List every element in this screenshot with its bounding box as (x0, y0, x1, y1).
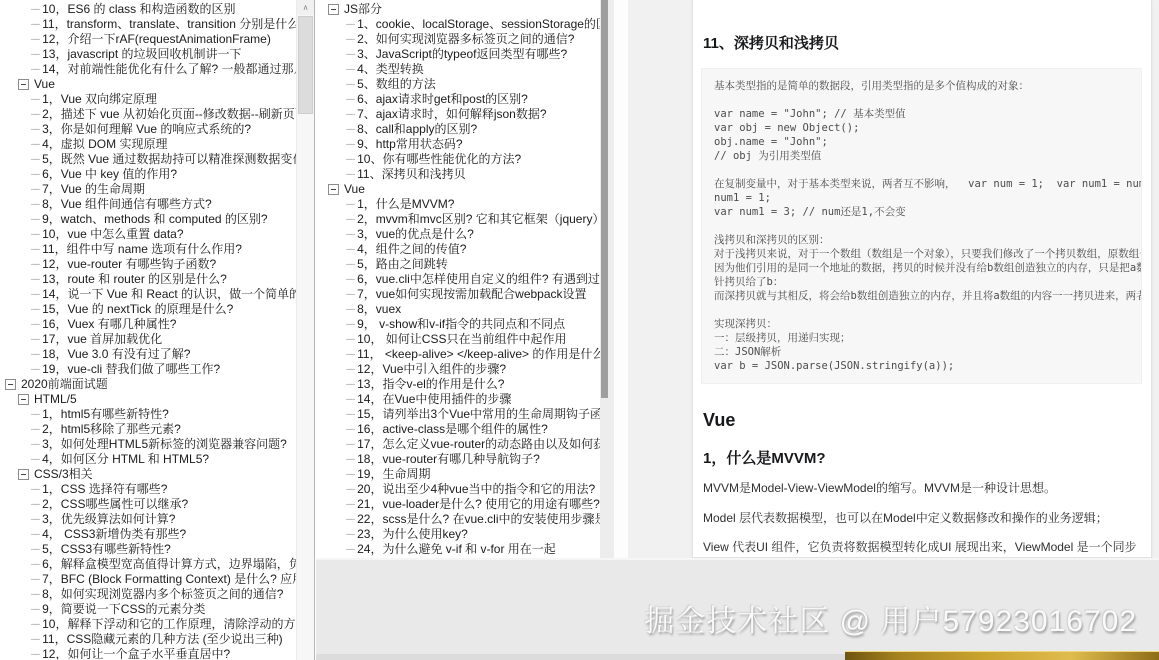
left-outline-panel: 10，ES6 的 class 和构造函数的区别 11，transform、tra… (0, 0, 296, 660)
tree-connector-icon (31, 257, 38, 272)
tree-item[interactable]: 3，你是如何理解 Vue 的响应式系统的? (0, 122, 296, 137)
tree-item[interactable]: 5，CSS3有哪些新特性? (0, 542, 296, 557)
tree-connector-icon (346, 257, 353, 272)
tree-item[interactable]: 24，为什么避免 v-if 和 v-for 用在一起 (316, 542, 618, 557)
tree-item[interactable]: 4，如何区分 HTML 和 HTML5? (0, 452, 296, 467)
tree-connector-icon (346, 197, 353, 212)
tree-connector-icon (346, 227, 353, 242)
tree-item-label: 2，html5移除了那些元素? (42, 422, 181, 437)
tree-item-label: 5，CSS3有哪些新特性? (42, 542, 171, 557)
tree-connector-icon (31, 212, 38, 227)
tree-item[interactable]: 13，route 和 router 的区别是什么? (0, 272, 296, 287)
tree-item-label: 4， CSS3新增伪类有那些? (42, 527, 186, 542)
tree-connector-icon (31, 47, 38, 62)
tree-connector-icon (346, 47, 353, 62)
tree-item-label: CSS/3相关 (34, 467, 93, 482)
tree-item-label: 10， 如何让CSS只在当前组件中起作用 (357, 332, 566, 347)
tree-connector-icon (346, 107, 353, 122)
tree-connector-icon (346, 272, 353, 287)
collapse-toggle-icon[interactable] (328, 184, 339, 195)
scroll-up-arrow-icon[interactable]: ∧ (297, 0, 314, 15)
tree-item-label: 12，vue-router 有哪些钩子函数? (42, 257, 216, 272)
code-quote-block: 基本类型指的是简单的数据段，引用类型指的是多个值构成的对象： var name … (701, 68, 1142, 384)
tree-connector-icon (31, 587, 38, 602)
vue-section-heading: Vue (703, 410, 1142, 431)
tree-item-label: 18，vue-router有哪几种导航钩子? (357, 452, 540, 467)
tree-connector-icon (346, 392, 353, 407)
tree-item[interactable]: 11，CSS隐藏元素的几种方法 (至少说出三种) (0, 632, 296, 647)
tree-item-label: 13，route 和 router 的区别是什么? (42, 272, 227, 287)
tree-item[interactable]: 18，Vue 3.0 有没有过了解? (0, 347, 296, 362)
collapse-toggle-icon[interactable] (5, 379, 16, 390)
tree-item-label: 4、类型转换 (357, 62, 424, 77)
app-window: 10，ES6 的 class 和构造函数的区别 11，transform、tra… (0, 0, 1159, 660)
tree-item[interactable]: 7，vue如何实现按需加载配合webpack设置 (316, 287, 618, 302)
tree-item-label: 14，在Vue中使用插件的步骤 (357, 392, 511, 407)
tree-item[interactable]: 6，解释盒模型宽高值得计算方式，边界塌陷，负值作用，box- (0, 557, 296, 572)
tree-item[interactable]: 9，watch、methods 和 computed 的区别? (0, 212, 296, 227)
tree-item-label: 15，Vue 的 nextTick 的原理是什么? (42, 302, 233, 317)
tree-connector-icon (31, 602, 38, 617)
tree-item[interactable]: 2，描述下 vue 从初始化页面--修改数据--刷新页面 UI 的过程? (0, 107, 296, 122)
tree-item[interactable]: 10， 如何让CSS只在当前组件中起作用 (316, 332, 618, 347)
tree-connector-icon (31, 632, 38, 647)
tree-connector-icon (346, 512, 353, 527)
tree-connector-icon (346, 152, 353, 167)
tree-item[interactable]: 3，如何处理HTML5新标签的浏览器兼容问题? (0, 437, 296, 452)
tree-item[interactable]: 8，Vue 组件间通信有哪些方式? (0, 197, 296, 212)
tree-connector-icon (346, 407, 353, 422)
tree-connector-icon (346, 17, 353, 32)
tree-item[interactable]: 3，优先级算法如何计算? (0, 512, 296, 527)
tree-item-label: 6，Vue 中 key 值的作用? (42, 167, 177, 182)
tree-item[interactable]: 1，CSS 选择符有哪些? (0, 482, 296, 497)
tree-connector-icon (31, 512, 38, 527)
bottom-empty-area: 掘金技术社区 @ 用户57923016702 (316, 558, 1159, 660)
tree-item-label: 1，html5有哪些新特性? (42, 407, 169, 422)
tree-item[interactable]: 14，说一下 Vue 和 React 的认识，做一个简单的对比 (0, 287, 296, 302)
tree-item[interactable]: 15，Vue 的 nextTick 的原理是什么? (0, 302, 296, 317)
tree-item-label: 13，指令v-el的作用是什么? (357, 377, 504, 392)
tree-item-label: 3，vue的优点是什么? (357, 227, 474, 242)
tree-connector-icon (346, 287, 353, 302)
tree-connector-icon (346, 422, 353, 437)
mvvm-question-heading: 1，什么是MVVM? (703, 447, 1142, 468)
tree-item[interactable]: 13，javascript 的垃圾回收机制讲一下 (0, 47, 296, 62)
tree-item[interactable]: 18，vue-router有哪几种导航钩子? (316, 452, 618, 467)
tree-connector-icon (346, 542, 353, 557)
tree-item[interactable]: 17，vue 首屏加载优化 (0, 332, 296, 347)
tree-connector-icon (31, 167, 38, 182)
tree-item[interactable]: 6，Vue 中 key 值的作用? (0, 167, 296, 182)
tree-item[interactable]: JS部分 (316, 2, 618, 17)
tree-connector-icon (346, 482, 353, 497)
tree-connector-icon (31, 17, 38, 32)
tree-item-label: 11，CSS隐藏元素的几种方法 (至少说出三种) (42, 632, 282, 647)
tree-connector-icon (346, 122, 353, 137)
collapse-toggle-icon[interactable] (18, 469, 29, 480)
tree-item-label: 3、JavaScript的typeof返回类型有哪些? (357, 47, 567, 62)
left-panel-scrollbar[interactable]: ∧ (296, 0, 314, 660)
tree-connector-icon (346, 377, 353, 392)
tree-item-label: 11，transform、translate、transition 分别是什么属… (42, 17, 296, 32)
panel-divider (314, 0, 315, 660)
tree-connector-icon (31, 482, 38, 497)
tree-item[interactable]: 8，vuex (316, 302, 618, 317)
tree-item[interactable]: 2，mvvm和mvc区别? 它和其它框架（jquery）的区别是什么? (316, 212, 618, 227)
middle-outline-panel: JS部分 1、cookie、localStorage、sessionStorag… (316, 0, 618, 560)
tree-item[interactable]: 10、你有哪些性能优化的方法? (316, 152, 618, 167)
tree-item[interactable]: 10，ES6 的 class 和构造函数的区别 (0, 2, 296, 17)
tree-item[interactable]: 4、类型转换 (316, 62, 618, 77)
tree-item-label: 24，为什么避免 v-if 和 v-for 用在一起 (357, 542, 556, 557)
tree-connector-icon (346, 497, 353, 512)
tree-connector-icon (31, 527, 38, 542)
tree-item-label: 10，vue 中怎么重置 data? (42, 227, 183, 242)
tree-item[interactable]: 14，对前端性能优化有什么了解? 一般都通过那几个方面去优化 (0, 62, 296, 77)
tree-item[interactable]: 2、如何实现浏览器多标签页之间的通信? (316, 32, 618, 47)
tree-item[interactable]: 3，vue的优点是什么? (316, 227, 618, 242)
tree-item-label: 6，解释盒模型宽高值得计算方式，边界塌陷，负值作用，box- (42, 557, 296, 572)
tree-connector-icon (31, 332, 38, 347)
panel-gap (614, 0, 628, 558)
tree-connector-icon (31, 452, 38, 467)
tree-item-label: 3，优先级算法如何计算? (42, 512, 175, 527)
tree-item-label: 11， <keep-alive> </keep-alive> 的作用是什么? (357, 347, 611, 362)
tree-item[interactable]: 7，BFC (Block Formatting Context) 是什么? 应用… (0, 572, 296, 587)
tree-connector-icon (31, 542, 38, 557)
tree-item-label: HTML/5 (34, 392, 77, 407)
tree-item-label: 9，简要说一下CSS的元素分类 (42, 602, 205, 617)
tree-connector-icon (31, 152, 38, 167)
tree-item-label: 5、数组的方法 (357, 77, 436, 92)
middle-scrollbar-thumb[interactable] (601, 0, 608, 398)
deep-copy-heading: 11、深拷贝和浅拷贝 (703, 32, 1142, 53)
tree-connector-icon (31, 422, 38, 437)
gold-progress-bar (845, 651, 1159, 660)
tree-connector-icon (31, 617, 38, 632)
tree-item-label: 4，组件之间的传值? (357, 242, 466, 257)
document-preview-panel: 11、深拷贝和浅拷贝 基本类型指的是简单的数据段，引用类型指的是多个值构成的对象… (628, 0, 1159, 558)
tree-connector-icon (31, 272, 38, 287)
tree-connector-icon (31, 302, 38, 317)
collapse-toggle-icon[interactable] (18, 394, 29, 405)
tree-item[interactable]: CSS/3相关 (0, 467, 296, 482)
tree-item-label: 11，组件中写 name 选项有什么作用? (42, 242, 242, 257)
tree-item[interactable]: Vue (316, 182, 618, 197)
tree-item[interactable]: 7、ajax请求时，如何解释json数据? (316, 107, 618, 122)
tree-item-label: 1，Vue 双向绑定原理 (42, 92, 157, 107)
tree-item-label: 17，怎么定义vue-router的动态路由以及如何获取传过来的动态 (357, 437, 618, 452)
tree-item-label: 12，如何让一个盒子水平垂直居中? (42, 647, 230, 660)
tree-item-label: 2、如何实现浏览器多标签页之间的通信? (357, 32, 574, 47)
tree-item-label: 14，对前端性能优化有什么了解? 一般都通过那几个方面去优化 (42, 62, 296, 77)
tree-item[interactable]: 2020前端面试题 (0, 377, 296, 392)
tree-item-label: JS部分 (344, 2, 382, 17)
document-page: 11、深拷贝和浅拷贝 基本类型指的是简单的数据段，引用类型指的是多个值构成的对象… (692, 0, 1152, 558)
tree-item[interactable]: 1，什么是MVVM? (316, 197, 618, 212)
tree-item[interactable]: 2，html5移除了那些元素? (0, 422, 296, 437)
tree-item[interactable]: 19，生命周期 (316, 467, 618, 482)
tree-item-label: 5，既然 Vue 通过数据劫持可以精准探测数据变化,为什么还需 (42, 152, 296, 167)
tree-item[interactable]: 5，路由之间跳转 (316, 257, 618, 272)
tree-connector-icon (346, 302, 353, 317)
tree-item-label: 1，什么是MVVM? (357, 197, 454, 212)
tree-item-label: 4，如何区分 HTML 和 HTML5? (42, 452, 209, 467)
tree-item[interactable]: 9、http常用状态码? (316, 137, 618, 152)
tree-connector-icon (346, 467, 353, 482)
tree-item[interactable]: 11， <keep-alive> </keep-alive> 的作用是什么? (316, 347, 618, 362)
tree-item[interactable]: 11，transform、translate、transition 分别是什么属… (0, 17, 296, 32)
bottom-edge-strip (316, 654, 845, 660)
tree-connector-icon (31, 122, 38, 137)
tree-item-label: 10，ES6 的 class 和构造函数的区别 (42, 2, 235, 17)
paragraph: MVVM是Model-View-ViewModel的缩写。MVVM是一种设计思想… (703, 479, 1142, 498)
tree-connector-icon (31, 92, 38, 107)
tree-item[interactable]: 11、深拷贝和浅拷贝 (316, 167, 618, 182)
tree-connector-icon (346, 437, 353, 452)
tree-item-label: Vue (34, 77, 55, 92)
tree-item-label: 8，Vue 组件间通信有哪些方式? (42, 197, 212, 212)
tree-item-label: 14，说一下 Vue 和 React 的认识，做一个简单的对比 (42, 287, 296, 302)
tree-connector-icon (31, 227, 38, 242)
tree-connector-icon (346, 212, 353, 227)
tree-item-label: 15，请列举出3个Vue中常用的生命周期钩子函数 (357, 407, 614, 422)
tree-item[interactable]: 20，说出至少4种vue当中的指令和它的用法? (316, 482, 618, 497)
tree-item[interactable]: 12，介绍一下rAF(requestAnimationFrame) (0, 32, 296, 47)
tree-connector-icon (346, 332, 353, 347)
tree-connector-icon (31, 497, 38, 512)
tree-item[interactable]: 4，虚拟 DOM 实现原理 (0, 137, 296, 152)
tree-item-label: 8，vuex (357, 302, 401, 317)
tree-item-label: 2020前端面试题 (21, 377, 108, 392)
tree-connector-icon (346, 167, 353, 182)
tree-connector-icon (31, 242, 38, 257)
tree-item[interactable]: 22，scss是什么? 在vue.cli中的安装使用步骤是? 有哪几大特性 (316, 512, 618, 527)
tree-item-label: 3，如何处理HTML5新标签的浏览器兼容问题? (42, 437, 287, 452)
tree-connector-icon (31, 647, 38, 660)
tree-item[interactable]: 2，CSS哪些属性可以继承? (0, 497, 296, 512)
tree-item-label: 6，vue.cli中怎样使用自定义的组件? 有遇到过哪些问题吗? (357, 272, 618, 287)
tree-item[interactable]: 12，如何让一个盒子水平垂直居中? (0, 647, 296, 660)
tree-item[interactable]: 10，vue 中怎么重置 data? (0, 227, 296, 242)
tree-connector-icon (31, 572, 38, 587)
tree-item-label: 19，vue-cli 替我们做了哪些工作? (42, 362, 220, 377)
tree-item[interactable]: 12，Vue中引入组件的步骤? (316, 362, 618, 377)
tree-item[interactable]: 9，简要说一下CSS的元素分类 (0, 602, 296, 617)
tree-item[interactable]: 8，如何实现浏览器内多个标签页之间的通信? (0, 587, 296, 602)
tree-connector-icon (31, 182, 38, 197)
tree-item-label: 7，Vue 的生命周期 (42, 182, 145, 197)
tree-connector-icon (31, 107, 38, 122)
tree-item-label: 7，BFC (Block Formatting Context) 是什么? 应用… (42, 572, 296, 587)
tree-connector-icon (346, 347, 353, 362)
tree-connector-icon (346, 527, 353, 542)
tree-connector-icon (31, 197, 38, 212)
tree-connector-icon (346, 137, 353, 152)
paragraph: Model 层代表数据模型，也可以在Model中定义数据修改和操作的业务逻辑； (703, 509, 1142, 528)
tree-item[interactable]: 19，vue-cli 替我们做了哪些工作? (0, 362, 296, 377)
tree-item-label: 1、cookie、localStorage、sessionStorage的区别和… (357, 17, 618, 32)
tree-item[interactable]: 1，html5有哪些新特性? (0, 407, 296, 422)
tree-item-label: 2，描述下 vue 从初始化页面--修改数据--刷新页面 UI 的过程? (42, 107, 296, 122)
collapse-toggle-icon[interactable] (328, 4, 339, 15)
tree-connector-icon (31, 2, 38, 17)
paragraph: View 代表UI 组件，它负责将数据模型转化成UI 展现出来，ViewMode… (703, 538, 1142, 558)
tree-item-label: 9， v-show和v-if指令的共同点和不同点 (357, 317, 565, 332)
tree-item-label: 8、call和apply的区别? (357, 122, 477, 137)
tree-item[interactable]: 9， v-show和v-if指令的共同点和不同点 (316, 317, 618, 332)
tree-connector-icon (31, 437, 38, 452)
tree-item-label: 13，javascript 的垃圾回收机制讲一下 (42, 47, 241, 62)
tree-item[interactable]: 5、数组的方法 (316, 77, 618, 92)
tree-item[interactable]: 6、ajax请求时get和post的区别? (316, 92, 618, 107)
tree-item-label: 17，vue 首屏加载优化 (42, 332, 162, 347)
tree-item-label: 10、你有哪些性能优化的方法? (357, 152, 521, 167)
tree-connector-icon (31, 347, 38, 362)
tree-item[interactable]: 7，Vue 的生命周期 (0, 182, 296, 197)
tree-item[interactable]: 4，组件之间的传值? (316, 242, 618, 257)
tree-connector-icon (346, 92, 353, 107)
tree-item-label: 3，你是如何理解 Vue 的响应式系统的? (42, 122, 251, 137)
tree-item[interactable]: 11，组件中写 name 选项有什么作用? (0, 242, 296, 257)
tree-connector-icon (346, 62, 353, 77)
tree-item-label: Vue (344, 182, 365, 197)
tree-item-label: 23，为什么使用key? (357, 527, 468, 542)
tree-item[interactable]: 8、call和apply的区别? (316, 122, 618, 137)
tree-item-label: 10，解释下浮动和它的工作原理，清除浮动的方法? (42, 617, 296, 632)
tree-item-label: 2，CSS哪些属性可以继承? (42, 497, 188, 512)
tree-item[interactable]: 23，为什么使用key? (316, 527, 618, 542)
tree-item-label: 7、ajax请求时，如何解释json数据? (357, 107, 546, 122)
tree-item[interactable]: 12，vue-router 有哪些钩子函数? (0, 257, 296, 272)
tree-item[interactable]: 1、cookie、localStorage、sessionStorage的区别和… (316, 17, 618, 32)
watermark-text: 掘金技术社区 @ 用户57923016702 (644, 596, 1137, 640)
tree-connector-icon (346, 452, 353, 467)
tree-item[interactable]: 15，请列举出3个Vue中常用的生命周期钩子函数 (316, 407, 618, 422)
tree-item-label: 19，生命周期 (357, 467, 430, 482)
tree-item[interactable]: 17，怎么定义vue-router的动态路由以及如何获取传过来的动态 (316, 437, 618, 452)
tree-connector-icon (346, 362, 353, 377)
tree-item-label: 5，路由之间跳转 (357, 257, 448, 272)
tree-item[interactable]: 21，vue-loader是什么? 使用它的用途有哪些? (316, 497, 618, 512)
tree-connector-icon (346, 77, 353, 92)
tree-connector-icon (31, 62, 38, 77)
tree-connector-icon (346, 242, 353, 257)
tree-item[interactable]: 3、JavaScript的typeof返回类型有哪些? (316, 47, 618, 62)
tree-item-label: 20，说出至少4种vue当中的指令和它的用法? (357, 482, 595, 497)
tree-item[interactable]: HTML/5 (0, 392, 296, 407)
left-scrollbar-thumb[interactable] (298, 16, 313, 114)
tree-item-label: 12，Vue中引入组件的步骤? (357, 362, 506, 377)
tree-item[interactable]: 4， CSS3新增伪类有那些? (0, 527, 296, 542)
tree-item[interactable]: 10，解释下浮动和它的工作原理，清除浮动的方法? (0, 617, 296, 632)
tree-connector-icon (31, 32, 38, 47)
collapse-toggle-icon[interactable] (18, 79, 29, 90)
tree-item-label: 9、http常用状态码? (357, 137, 462, 152)
tree-item[interactable]: 16，active-class是哪个组件的属性? (316, 422, 618, 437)
tree-connector-icon (346, 32, 353, 47)
tree-item-label: 12，介绍一下rAF(requestAnimationFrame) (42, 32, 271, 47)
tree-item[interactable]: Vue (0, 77, 296, 92)
tree-item-label: 2，mvvm和mvc区别? 它和其它框架（jquery）的区别是什么? (357, 212, 618, 227)
tree-item[interactable]: 14，在Vue中使用插件的步骤 (316, 392, 618, 407)
tree-item[interactable]: 16，Vuex 有哪几种属性? (0, 317, 296, 332)
tree-item-label: 1，CSS 选择符有哪些? (42, 482, 167, 497)
tree-connector-icon (31, 557, 38, 572)
tree-item[interactable]: 1，Vue 双向绑定原理 (0, 92, 296, 107)
tree-item-label: 9，watch、methods 和 computed 的区别? (42, 212, 267, 227)
tree-item-label: 11、深拷贝和浅拷贝 (357, 167, 465, 182)
tree-connector-icon (31, 287, 38, 302)
tree-connector-icon (31, 137, 38, 152)
document-content: 11、深拷贝和浅拷贝 基本类型指的是简单的数据段，引用类型指的是多个值构成的对象… (693, 0, 1151, 558)
tree-item-label: 16，active-class是哪个组件的属性? (357, 422, 548, 437)
tree-item-label: 6、ajax请求时get和post的区别? (357, 92, 528, 107)
tree-item[interactable]: 6，vue.cli中怎样使用自定义的组件? 有遇到过哪些问题吗? (316, 272, 618, 287)
tree-item-label: 7，vue如何实现按需加载配合webpack设置 (357, 287, 586, 302)
tree-item[interactable]: 5，既然 Vue 通过数据劫持可以精准探测数据变化,为什么还需 (0, 152, 296, 167)
tree-item-label: 4，虚拟 DOM 实现原理 (42, 137, 167, 152)
tree-item-label: 21，vue-loader是什么? 使用它的用途有哪些? (357, 497, 600, 512)
tree-item-label: 16，Vuex 有哪几种属性? (42, 317, 176, 332)
tree-item-label: 22，scss是什么? 在vue.cli中的安装使用步骤是? 有哪几大特性 (357, 512, 618, 527)
tree-connector-icon (31, 317, 38, 332)
tree-connector-icon (31, 362, 38, 377)
tree-item-label: 18，Vue 3.0 有没有过了解? (42, 347, 190, 362)
tree-connector-icon (346, 317, 353, 332)
tree-connector-icon (31, 407, 38, 422)
tree-item-label: 8，如何实现浏览器内多个标签页之间的通信? (42, 587, 283, 602)
tree-item[interactable]: 13，指令v-el的作用是什么? (316, 377, 618, 392)
